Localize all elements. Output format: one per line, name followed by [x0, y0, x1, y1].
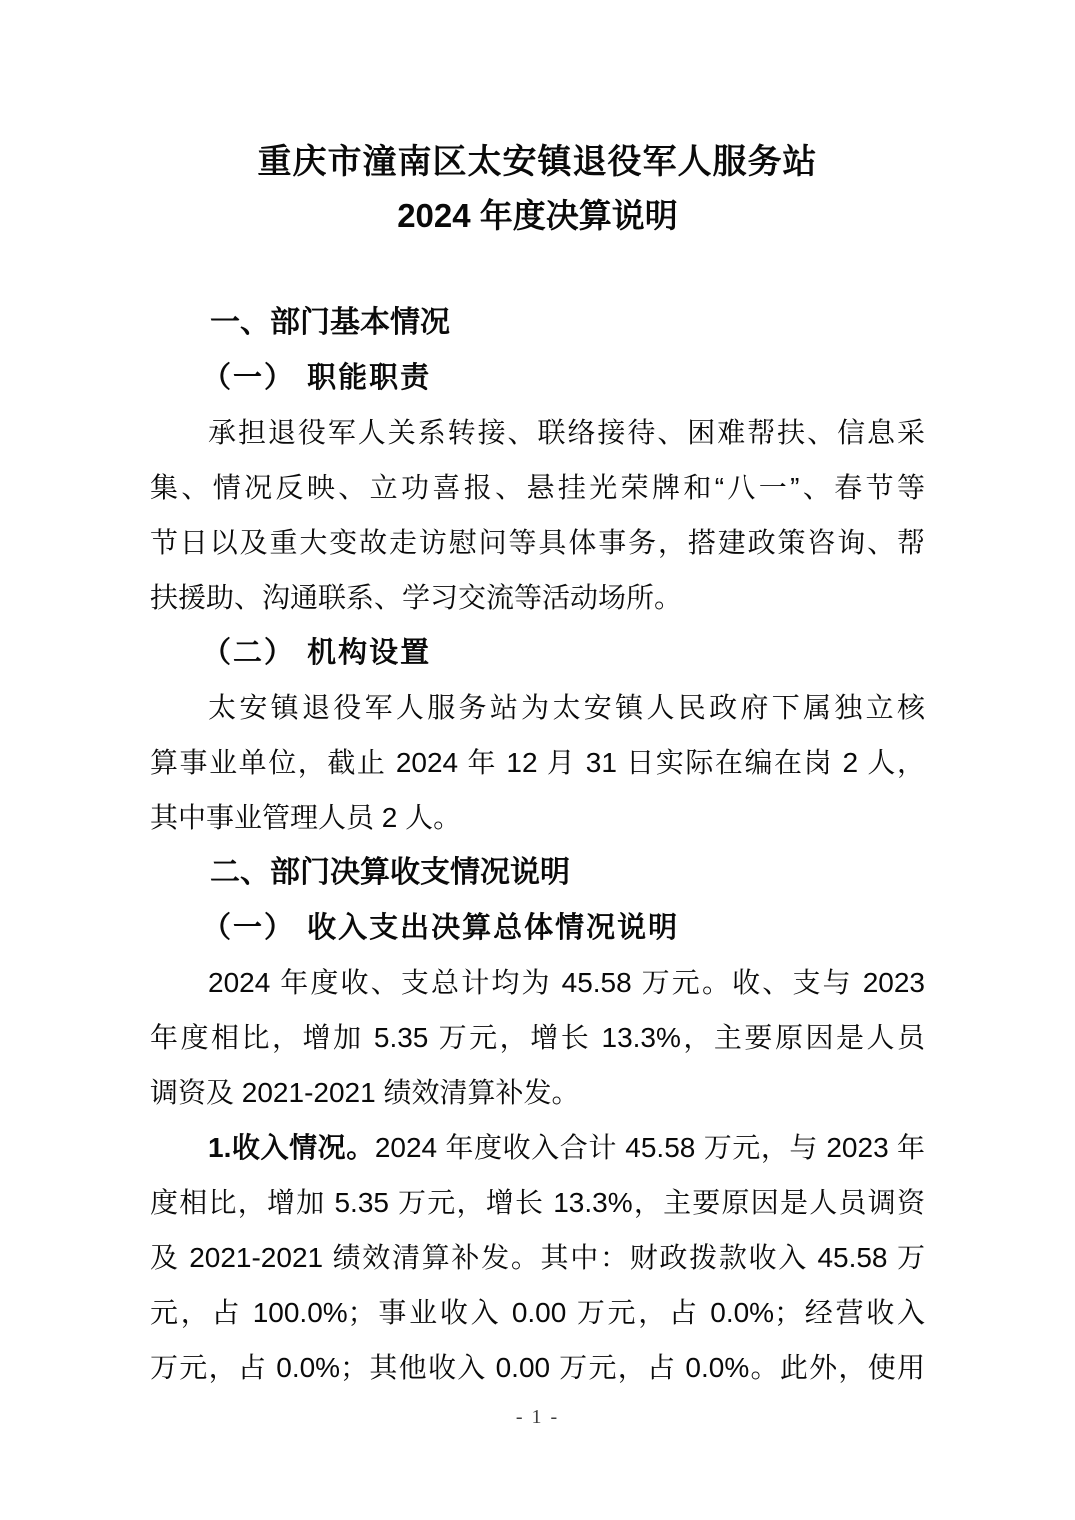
subsection-2-1-heading: （一） 收入支出决算总体情况说明: [150, 900, 925, 955]
doc-title-line2: 2024 年度决算说明: [0, 189, 1075, 243]
paragraph-1-line-2: 集、情况反映、立功喜报、悬挂光荣牌和“八一”、春节等: [150, 460, 925, 515]
doc-title-line1: 重庆市潼南区太安镇退役军人服务站: [0, 135, 1075, 189]
section-1-heading: 一、部门基本情况: [150, 295, 925, 350]
document-body: 一、部门基本情况 （一） 职能职责 承担退役军人关系转接、联络接待、困难帮扶、信…: [0, 295, 1075, 1395]
paragraph-4-bold-lead: 1.收入情况。: [208, 1132, 375, 1163]
page-number-footer: - 1 -: [0, 1404, 1075, 1430]
paragraph-1-line-1: 承担退役军人关系转接、联络接待、困难帮扶、信息采: [150, 405, 925, 460]
document-title: 重庆市潼南区太安镇退役军人服务站 2024 年度决算说明: [0, 0, 1075, 243]
paragraph-4-line-3: 及 2021-2021 绩效清算补发。其中：财政拨款收入 45.58 万: [150, 1230, 925, 1285]
paragraph-4-line-2: 度相比，增加 5.35 万元，增长 13.3%，主要原因是人员调资: [150, 1175, 925, 1230]
page-number: - 1 -: [516, 1406, 559, 1428]
paragraph-4-line-1: 1.收入情况。2024 年度收入合计 45.58 万元，与 2023 年: [150, 1120, 925, 1175]
paragraph-3-line-1: 2024 年度收、支总计均为 45.58 万元。收、支与 2023: [150, 955, 925, 1010]
paragraph-3-line-3: 调资及 2021-2021 绩效清算补发。: [150, 1065, 925, 1120]
paragraph-4-line-1-rest: 2024 年度收入合计 45.58 万元，与 2023 年: [375, 1132, 925, 1163]
subsection-1-2-heading: （二） 机构设置: [150, 625, 925, 680]
paragraph-1-line-3: 节日以及重大变故走访慰问等具体事务，搭建政策咨询、帮: [150, 515, 925, 570]
paragraph-2-line-3: 其中事业管理人员 2 人。: [150, 790, 925, 845]
paragraph-4-line-5: 万元，占 0.0%；其他收入 0.00 万元，占 0.0%。此外，使用: [150, 1340, 925, 1395]
document-page: 重庆市潼南区太安镇退役军人服务站 2024 年度决算说明 一、部门基本情况 （一…: [0, 0, 1075, 1520]
paragraph-2-line-1: 太安镇退役军人服务站为太安镇人民政府下属独立核: [150, 680, 925, 735]
subsection-1-1-heading: （一） 职能职责: [150, 350, 925, 405]
paragraph-2-line-2: 算事业单位，截止 2024 年 12 月 31 日实际在编在岗 2 人，: [150, 735, 925, 790]
paragraph-4-line-4: 元，占 100.0%；事业收入 0.00 万元，占 0.0%；经营收入 0.00: [150, 1285, 925, 1340]
section-2-heading: 二、部门决算收支情况说明: [150, 845, 925, 900]
paragraph-3-line-2: 年度相比，增加 5.35 万元，增长 13.3%，主要原因是人员: [150, 1010, 925, 1065]
paragraph-1-line-4: 扶援助、沟通联系、学习交流等活动场所。: [150, 570, 925, 625]
